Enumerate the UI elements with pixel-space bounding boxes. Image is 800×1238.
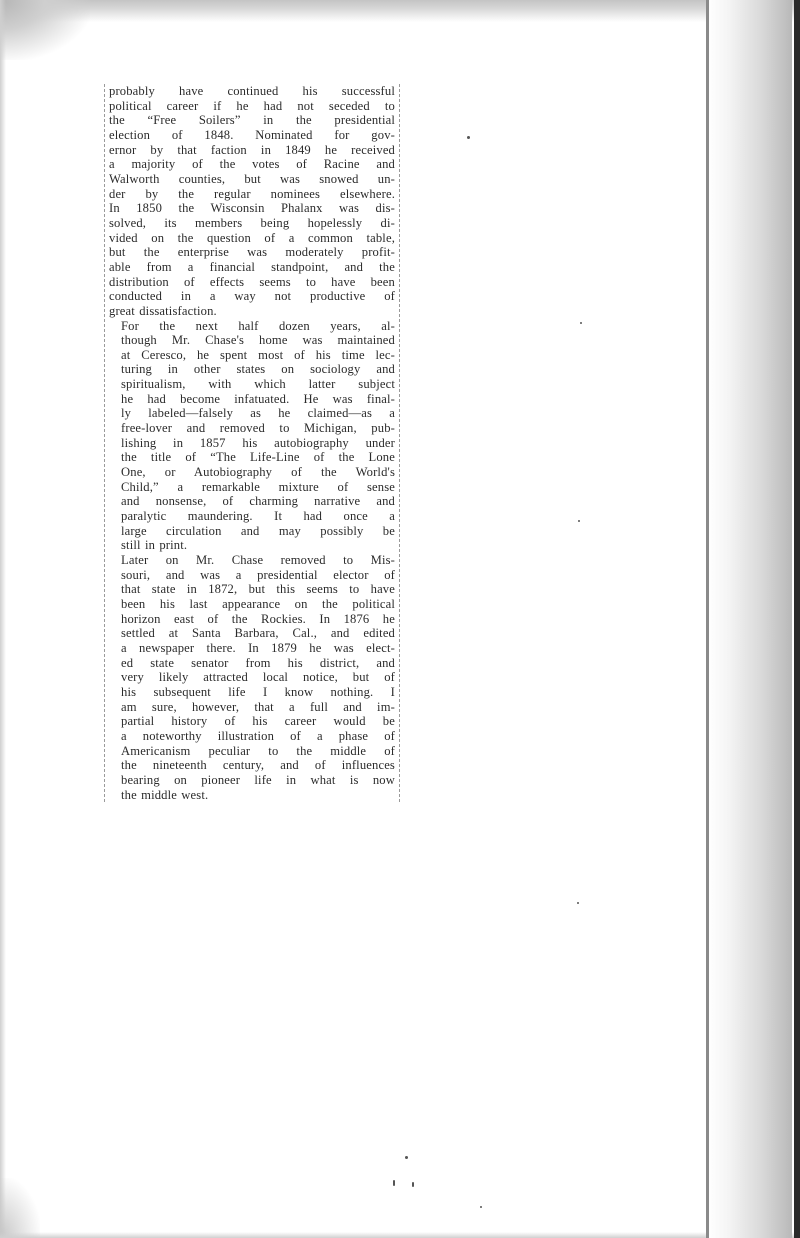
scan-border-top: [0, 0, 800, 22]
text-line: Americanism peculiar to the middle of: [109, 744, 395, 759]
text-line: great dissatisfaction.: [109, 304, 395, 319]
text-line: For the next half dozen years, al-: [109, 319, 395, 334]
text-line: One, or Autobiography of the World's: [109, 465, 395, 480]
text-line: solved, its members being hopelessly di-: [109, 216, 395, 231]
text-line: his subsequent life I know nothing. I: [109, 685, 395, 700]
page-fold-line: [706, 0, 709, 1238]
scan-speck: [405, 1156, 408, 1159]
text-line: ernor by that faction in 1849 he receive…: [109, 143, 395, 158]
text-line: free-lover and removed to Michigan, pub-: [109, 421, 395, 436]
text-line: large circulation and may possibly be: [109, 524, 395, 539]
text-line: der by the regular nominees elsewhere.: [109, 187, 395, 202]
text-line: the “Free Soilers” in the presidential: [109, 113, 395, 128]
text-line: horizon east of the Rockies. In 1876 he: [109, 612, 395, 627]
text-line: the middle west.: [109, 788, 395, 803]
text-line: able from a financial standpoint, and th…: [109, 260, 395, 275]
scan-corner-shadow-bottom: [0, 1178, 40, 1238]
newspaper-clipping-column: probably have continued his successfulpo…: [104, 84, 400, 802]
text-line: probably have continued his successful: [109, 84, 395, 99]
text-line: and nonsense, of charming narrative and: [109, 494, 395, 509]
text-line: turing in other states on sociology and: [109, 362, 395, 377]
text-line: still in print.: [109, 538, 395, 553]
text-line: distribution of effects seems to have be…: [109, 275, 395, 290]
text-line: at Ceresco, he spent most of his time le…: [109, 348, 395, 363]
text-line: partial history of his career would be: [109, 714, 395, 729]
scan-border-bottom: [0, 1232, 800, 1238]
article-paragraph: Later on Mr. Chase removed to Mis-souri,…: [109, 553, 395, 802]
text-line: a majority of the votes of Racine and: [109, 157, 395, 172]
text-line: a noteworthy illustration of a phase of: [109, 729, 395, 744]
text-line: Later on Mr. Chase removed to Mis-: [109, 553, 395, 568]
scan-edge-dark: [794, 0, 800, 1238]
text-line: Child,” a remarkable mixture of sense: [109, 480, 395, 495]
text-line: spiritualism, with which latter subject: [109, 377, 395, 392]
text-line: settled at Santa Barbara, Cal., and edit…: [109, 626, 395, 641]
article-paragraph: For the next half dozen years, al-though…: [109, 319, 395, 554]
scan-speck: [412, 1182, 414, 1187]
scan-speck: [577, 902, 579, 904]
text-line: In 1850 the Wisconsin Phalanx was dis-: [109, 201, 395, 216]
text-line: very likely attracted local notice, but …: [109, 670, 395, 685]
text-line: bearing on pioneer life in what is now: [109, 773, 395, 788]
scan-speck: [580, 322, 582, 324]
text-line: election of 1848. Nominated for gov-: [109, 128, 395, 143]
text-line: ed state senator from his district, and: [109, 656, 395, 671]
scan-speck: [480, 1206, 482, 1208]
text-line: conducted in a way not productive of: [109, 289, 395, 304]
scan-speck: [393, 1180, 395, 1186]
text-line: lishing in 1857 his autobiography under: [109, 436, 395, 451]
text-line: the nineteenth century, and of influence…: [109, 758, 395, 773]
text-line: paralytic maundering. It had once a: [109, 509, 395, 524]
text-line: been his last appearance on the politica…: [109, 597, 395, 612]
text-line: the title of “The Life-Line of the Lone: [109, 450, 395, 465]
text-line: political career if he had not seceded t…: [109, 99, 395, 114]
page-fold-shadow: [708, 0, 792, 1238]
text-line: that state in 1872, but this seems to ha…: [109, 582, 395, 597]
scan-corner-shadow: [0, 0, 90, 60]
text-line: ly labeled—falsely as he claimed—as a: [109, 406, 395, 421]
text-line: vided on the question of a common table,: [109, 231, 395, 246]
scan-speck: [578, 520, 580, 522]
text-line: Walworth counties, but was snowed un-: [109, 172, 395, 187]
text-line: am sure, however, that a full and im-: [109, 700, 395, 715]
scan-border-left: [0, 0, 6, 1238]
text-line: a newspaper there. In 1879 he was elect-: [109, 641, 395, 656]
scan-speck: [467, 136, 470, 139]
text-line: but the enterprise was moderately profit…: [109, 245, 395, 260]
article-paragraph: probably have continued his successfulpo…: [109, 84, 395, 319]
text-line: though Mr. Chase's home was maintained: [109, 333, 395, 348]
text-line: souri, and was a presidential elector of: [109, 568, 395, 583]
text-line: he had become infatuated. He was final-: [109, 392, 395, 407]
